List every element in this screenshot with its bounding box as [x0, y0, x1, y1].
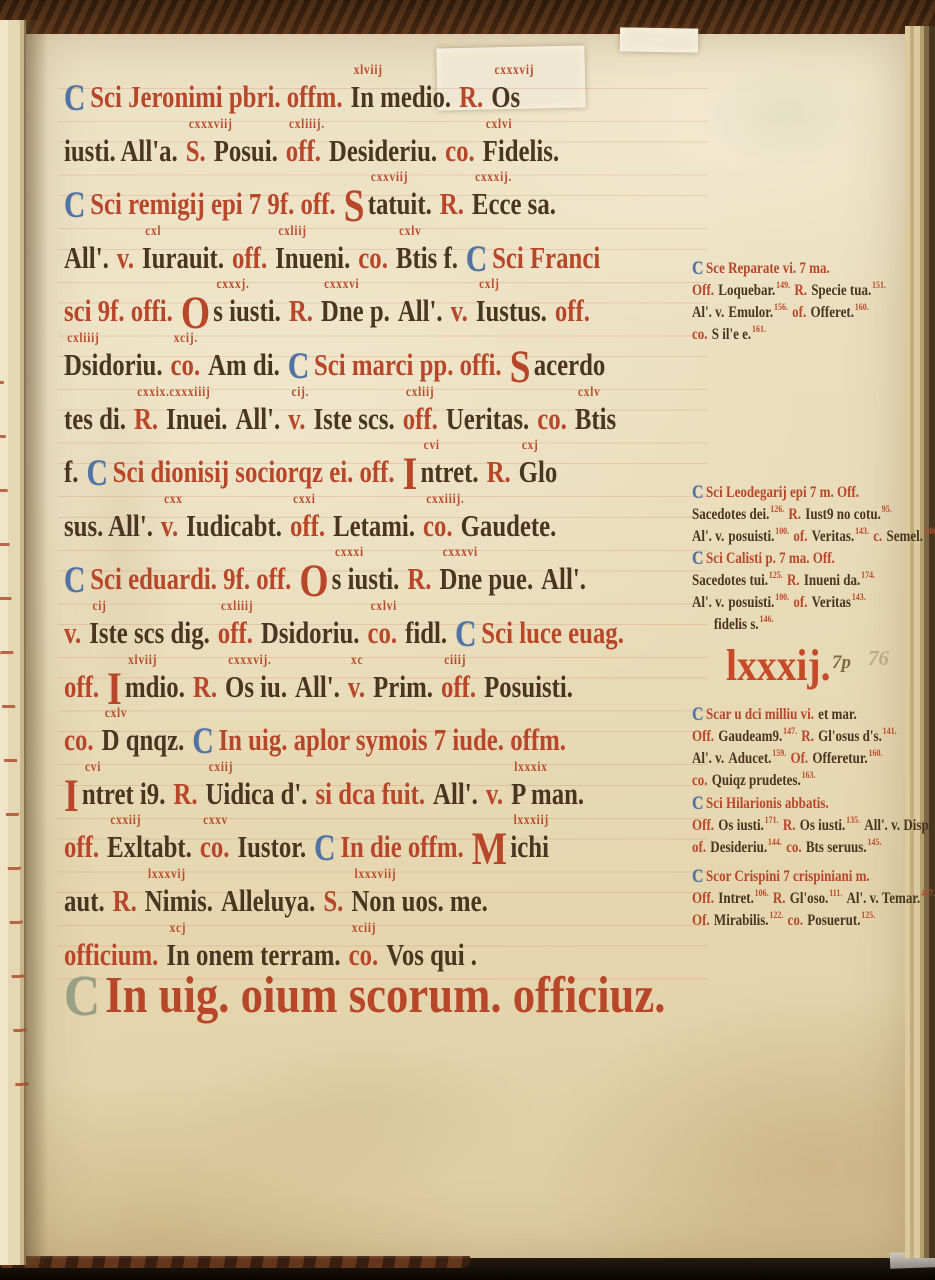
- text-line: CSci remigij epi 7 9f. off.Statuit.cxxvi…: [64, 187, 689, 223]
- text-token: v.cxx: [161, 509, 178, 543]
- text-token: R.: [173, 777, 197, 811]
- margin-note-line: CScar u dci milliu vi.et mar.: [692, 704, 902, 725]
- reference-number: cij: [92, 600, 106, 614]
- text-token: All'.: [235, 402, 280, 436]
- reference-number: 111.: [829, 889, 842, 899]
- text-token: P man.lxxxix: [511, 777, 584, 811]
- text-token: Os iu.cxxxvij.: [225, 670, 287, 704]
- reference-number: xcij.: [174, 332, 198, 346]
- text-token: Fidelis.cxlvi: [483, 134, 559, 168]
- reference-number: cxx: [164, 493, 183, 507]
- text-token: of.: [793, 526, 807, 547]
- text-token: Aducet.159.: [728, 747, 786, 769]
- rubric-heading-line: CIn uig. oium scorum. officiuz.: [64, 968, 773, 1024]
- reference-number: cxlv: [105, 707, 127, 721]
- reference-number: 163.: [802, 771, 816, 781]
- text-token: tatuit.cxxviij: [368, 187, 432, 221]
- text-token: Iustor.: [237, 830, 306, 864]
- reference-number: cxliij: [278, 225, 306, 239]
- text-token: Gaudeam9.147.: [718, 725, 797, 747]
- text-token: Exltabt.cxxiij: [107, 830, 192, 864]
- text-token: off.cxliiij.: [286, 134, 321, 168]
- reference-number: ciiij: [444, 654, 466, 668]
- text-token: Sci dionisij sociorqz ei. off.: [113, 455, 395, 489]
- margin-note-line: Al'. v.Aducet.159.Of.Offeretur.160.: [692, 747, 902, 769]
- text-token: Al'. v.: [692, 592, 724, 613]
- text-token: off.: [64, 670, 99, 704]
- text-token: Sci luce euag.: [481, 616, 624, 650]
- text-line: Dsidoriu.cxliiijco.xcij.Am di.CSci marci…: [64, 348, 751, 384]
- text-token: Veritas143.: [812, 591, 866, 613]
- reference-number: 174.: [861, 571, 875, 581]
- text-token: fidelis s.146.: [714, 613, 774, 635]
- reference-number: 126.: [770, 505, 784, 515]
- reference-number: cxlv: [578, 386, 600, 400]
- reference-number: cxlvi: [486, 118, 512, 132]
- reference-number: cxxxij.: [475, 171, 512, 185]
- text-token: co.cxlvi: [367, 616, 397, 650]
- margin-note-line: CScor Crispini 7 crispiniani m.: [692, 866, 902, 887]
- text-token: Sci Leodegarij epi 7 m. Off.: [706, 482, 859, 503]
- text-token: ntret.cvi: [420, 455, 478, 489]
- reference-number: 146.: [760, 615, 774, 625]
- text-token: co.: [692, 770, 708, 791]
- text-token: Intret.106.: [718, 887, 768, 909]
- margin-note-line: Off.Loquebar.149.R.Specie tua.151.: [692, 279, 902, 301]
- text-token: All'.: [433, 777, 478, 811]
- paraph-mark: C: [86, 457, 107, 491]
- margin-note-line: Sacedotes tui.125.R.Inueni da.174.: [692, 569, 902, 591]
- reference-number: cxlvi: [371, 600, 397, 614]
- initial-letter: O: [299, 566, 328, 596]
- text-token: Specie tua.151.: [811, 279, 886, 301]
- text-token: Btis f.cxlv: [396, 241, 458, 275]
- text-token: Emulor.156.: [728, 301, 788, 323]
- reference-number: cxxiiij.: [426, 493, 464, 507]
- text-token: co.: [786, 837, 802, 858]
- margin-note-line: Sacedotes dei.126.R.Iust9 no cotu.95.: [692, 503, 902, 525]
- reference-number: lxxxix: [514, 761, 547, 775]
- text-token: co.: [788, 910, 804, 931]
- text-token: Sacedotes tui.125.: [692, 569, 783, 591]
- reference-number: xlviij: [354, 64, 383, 78]
- reference-number: cij.: [291, 386, 309, 400]
- text-token: v.: [117, 241, 134, 275]
- text-token: Oscxxxvij: [491, 80, 520, 114]
- text-token: Sci Calisti p. 7 ma. Off.: [706, 548, 835, 569]
- margin-note-line: of.Desideriu.144.co.Bts seruus.145.: [692, 836, 902, 858]
- text-token: off.: [232, 241, 267, 275]
- reference-number: 100.: [775, 593, 789, 603]
- text-line: CSci eduardi. 9f. off.Os iusti.cxxxiR.Dn…: [64, 562, 726, 598]
- paraph-mark: C: [692, 258, 704, 279]
- text-token: Scor Crispini 7 crispiniani m.: [706, 866, 870, 887]
- leather-binding-bottom: [0, 1256, 470, 1268]
- reference-number: xc: [351, 654, 363, 668]
- text-token: Scar u dci milliu vi.: [706, 704, 814, 725]
- text-token: Off.: [692, 726, 714, 747]
- text-token: Inueni da.174.: [804, 569, 875, 591]
- reference-number: 95.: [882, 505, 892, 515]
- text-token: In uig. oium scorum. officiuz.: [105, 968, 665, 1024]
- gutter-shadow: [26, 20, 48, 1265]
- text-token: Iust9 no cotu.95.: [805, 503, 891, 525]
- reference-number: cvi: [424, 439, 440, 453]
- text-token: off.ciiij: [441, 670, 476, 704]
- text-token: In uig. aplor symois 7 iude. offm.: [219, 723, 566, 757]
- text-token: Letami.: [333, 509, 415, 543]
- text-token: S.: [323, 884, 343, 918]
- text-token: R.: [289, 294, 313, 328]
- text-token: Iurauit.cxl: [142, 241, 224, 275]
- text-line: aut.R.Nimis.lxxxvijAlleluya.S.Non uos. m…: [64, 884, 604, 918]
- reference-number: cxj: [522, 439, 539, 453]
- reference-number: lxxxiij: [514, 814, 549, 828]
- text-token: Os iusti.171.: [718, 814, 778, 836]
- text-token: D qnqz.cxlv: [102, 723, 185, 757]
- text-token: All'.: [398, 294, 443, 328]
- text-token: of.: [792, 302, 806, 323]
- text-token: Veritas.143.: [812, 525, 869, 547]
- margin-note-line: Al'. v.posuisti.100.of.Veritas143.: [692, 591, 902, 613]
- text-token: Os iusti.135.: [800, 814, 860, 836]
- reference-number: cxxxvi: [443, 546, 478, 560]
- reference-number: lxxxviij: [355, 868, 397, 882]
- text-token: Quiqz prudetes.163.: [712, 769, 816, 791]
- margin-note-line: fidelis s.146.: [692, 613, 902, 635]
- text-line: All'.v.Iurauit.cxloff.Inueni.cxliijco.Bt…: [64, 241, 744, 277]
- text-token: Al'. v.: [692, 526, 724, 547]
- paraph-mark: C: [64, 189, 85, 223]
- paraph-mark: C: [64, 564, 85, 598]
- leather-binding-top: [0, 0, 935, 34]
- text-token: Off.: [692, 815, 714, 836]
- reference-number: cxxiij: [110, 814, 141, 828]
- initial-letter: O: [181, 298, 210, 328]
- text-token: of.: [793, 592, 807, 613]
- text-line: off.Imdio.xlviijR.Os iu.cxxxvij.All'.v.x…: [64, 670, 710, 704]
- text-token: co.: [445, 134, 475, 168]
- text-token: R.: [459, 80, 483, 114]
- reference-number: cxliiij: [67, 332, 99, 346]
- margin-note-line: Off.Os iusti.171.R.Os iusti.135.All'. v.…: [692, 814, 902, 836]
- reference-number: cxxxvij.: [228, 654, 271, 668]
- text-token: R.: [783, 815, 796, 836]
- margin-note-line: CSci Hilarionis abbatis.: [692, 793, 902, 814]
- initial-letter: S: [510, 352, 531, 382]
- text-token: Sacedotes dei.126.: [692, 503, 784, 525]
- text-line: v.Iste scs dig.cijoff.cxliiijDsidoriu.co…: [64, 616, 774, 652]
- text-line: CSci Jeronimi pbri. offm.In medio.xlviij…: [64, 80, 644, 116]
- text-token: off.: [64, 830, 99, 864]
- text-token: f.: [64, 455, 78, 489]
- text-token: R.: [787, 570, 800, 591]
- paraph-mark: C: [455, 618, 476, 652]
- reference-number: xlviij: [128, 654, 157, 668]
- reference-number: 160.: [855, 303, 869, 313]
- folio-number: lxxxij.: [726, 640, 830, 691]
- reference-number: 143.: [852, 593, 866, 603]
- text-token: R.: [113, 884, 137, 918]
- text-token: R.: [440, 187, 464, 221]
- text-token: aut.: [64, 884, 105, 918]
- text-token: Inuei.cxxxiiij: [166, 402, 227, 436]
- text-token: co.cxxv: [200, 830, 230, 864]
- text-token: off.cxxi: [290, 509, 325, 543]
- text-token: Offeretur.160.: [812, 747, 882, 769]
- margin-note: CSci Leodegarij epi 7 m. Off.Sacedotes d…: [692, 482, 935, 547]
- text-token: si dca fuit.: [316, 777, 426, 811]
- reference-number: 141.: [883, 727, 897, 737]
- text-token: Dne pue.cxxxvi: [439, 562, 533, 596]
- text-token: off.: [555, 294, 590, 328]
- paraph-mark: C: [64, 968, 100, 1024]
- paraph-mark: C: [314, 832, 335, 866]
- pencil-foliation: 76: [868, 646, 889, 671]
- reference-number: cxxv: [203, 814, 228, 828]
- reference-number: cxxi: [293, 493, 315, 507]
- text-token: Iudicabt.: [186, 509, 282, 543]
- text-token: off.cxliiij: [218, 616, 253, 650]
- text-token: v.: [451, 294, 468, 328]
- reference-number: 135.: [846, 816, 860, 826]
- reference-number: 143.: [855, 527, 869, 537]
- text-token: Bts seruus.145.: [806, 836, 882, 858]
- text-token: v.: [64, 616, 81, 650]
- reference-number: cxl: [145, 225, 161, 239]
- text-token: off.cxliij: [403, 402, 438, 436]
- text-token: s iusti.cxxxi: [332, 562, 400, 596]
- text-line: tes di.R.cxxix.Inuei.cxxxiiijAll'.v.cij.…: [64, 402, 764, 436]
- initial-letter: I: [403, 459, 418, 489]
- reference-number: 171.: [765, 816, 779, 826]
- text-token: Alleluya.: [221, 884, 315, 918]
- text-token: Inueni.cxliij: [275, 241, 350, 275]
- text-line: sus. All'.v.cxxIudicabt.off.cxxiLetami.c…: [64, 509, 689, 543]
- text-token: co.cxxiiij.: [423, 509, 453, 543]
- text-token: Ueritas.: [446, 402, 529, 436]
- reference-number: 100.: [775, 527, 789, 537]
- reference-number: 149.: [776, 281, 790, 291]
- text-token: v.cij.: [288, 402, 305, 436]
- text-token: Iste scs dig.cij: [89, 616, 210, 650]
- reference-number: 161.: [752, 325, 766, 335]
- text-token: mdio.xlviij: [125, 670, 185, 704]
- text-token: Loquebar.149.: [718, 279, 790, 301]
- text-token: Of.: [790, 748, 808, 769]
- text-token: posuisti.100.: [728, 591, 789, 613]
- text-token: posuisti.100.: [728, 525, 789, 547]
- text-token: All'.: [295, 670, 340, 704]
- text-token: co.: [64, 723, 94, 757]
- text-token: Gl'osus d's.141.: [818, 725, 896, 747]
- paraph-mark: C: [692, 704, 704, 725]
- text-token: acerdo: [534, 348, 606, 382]
- reference-number: cxliiij.: [289, 118, 325, 132]
- text-token: co.xcij.: [171, 348, 201, 382]
- text-token: Semel.146.: [886, 525, 935, 547]
- text-token: Iustus.cxlj: [476, 294, 547, 328]
- text-token: All'.: [64, 241, 109, 275]
- paraph-mark: C: [692, 482, 704, 503]
- paraph-mark: C: [466, 243, 487, 277]
- reference-number: 147.: [783, 727, 797, 737]
- text-token: Of.: [692, 910, 710, 931]
- reference-number: cxlj: [479, 278, 500, 292]
- text-token: sus. All'.: [64, 509, 153, 543]
- text-token: Sci Hilarionis abbatis.: [706, 793, 829, 814]
- reference-number: 151.: [872, 281, 886, 291]
- text-token: In die offm.: [340, 830, 463, 864]
- manuscript-photo: CSci Jeronimi pbri. offm.In medio.xlviij…: [0, 0, 935, 1280]
- text-token: Posui.: [214, 134, 278, 168]
- text-line: Intret i9.cviR.Uidica d'.cxiijsi dca fui…: [64, 777, 724, 811]
- text-token: Glocxj: [519, 455, 558, 489]
- text-token: Off.: [692, 280, 714, 301]
- text-token: R.: [794, 280, 807, 301]
- margin-note: CScar u dci milliu vi.et mar.Off.Gaudeam…: [692, 704, 935, 791]
- text-token: R.cxxix.: [134, 402, 158, 436]
- text-token: Sci Franci: [492, 241, 600, 275]
- text-token: All'. v. Dispo.142.: [864, 814, 935, 836]
- text-token: Gaudete.: [461, 509, 557, 543]
- text-token: All'.: [541, 562, 586, 596]
- reference-number: xciij: [352, 922, 377, 936]
- text-token: Al'. v. Temar.417.: [847, 887, 935, 909]
- old-ink-foliation-mark: 7p: [832, 652, 851, 674]
- reference-number: 122.: [769, 911, 783, 921]
- text-token: Desideriu.: [329, 134, 437, 168]
- reference-number: cxxxvi: [324, 278, 359, 292]
- text-token: R.: [788, 504, 801, 525]
- initial-letter: I: [107, 674, 122, 704]
- initial-letter: M: [472, 834, 508, 864]
- margin-note: CSci Calisti p. 7 ma. Off.Sacedotes tui.…: [692, 548, 935, 635]
- reference-number: 146.: [924, 527, 935, 537]
- margin-note-line: Off.Intret.106.R.Gl'oso.111.Al'. v. Tema…: [692, 887, 902, 909]
- margin-note-line: CSci Leodegarij epi 7 m. Off.: [692, 482, 902, 503]
- reference-number: cxliij: [406, 386, 434, 400]
- text-token: Mirabilis.122.: [714, 909, 783, 931]
- margin-note-line: Al'. v.Emulor.156.of.Offeret.160.: [692, 301, 902, 323]
- text-token: Sci Jeronimi pbri. offm.: [90, 80, 342, 114]
- margin-note-line: co.S il'e e.161.: [692, 323, 902, 345]
- reference-number: xcj: [170, 922, 187, 936]
- margin-note-line: Al'. v.posuisti.100.of.Veritas.143.c.Sem…: [692, 525, 902, 547]
- reference-number: 144.: [768, 838, 782, 848]
- text-token: s iusti.cxxxj.: [213, 294, 281, 328]
- text-token: c.: [873, 526, 882, 547]
- text-token: tes di.: [64, 402, 126, 436]
- text-token: R.: [773, 888, 786, 909]
- reference-number: 159.: [772, 749, 786, 759]
- text-token: Uidica d'.cxiij: [206, 777, 308, 811]
- text-token: v.: [486, 777, 503, 811]
- text-token: Desideriu.144.: [710, 836, 782, 858]
- text-token: Btiscxlv: [575, 402, 616, 436]
- text-token: Gl'oso.111.: [790, 887, 843, 909]
- text-token: Iste scs.: [313, 402, 394, 436]
- text-token: R.: [801, 726, 814, 747]
- text-line: co.D qnqz.cxlvCIn uig. aplor symois 7 iu…: [64, 723, 701, 759]
- text-token: In medio.xlviij: [351, 80, 452, 114]
- margin-note-line: Off.Gaudeam9.147.R.Gl'osus d's.141.: [692, 725, 902, 747]
- text-token: co.: [358, 241, 388, 275]
- text-line: iusti. All'a.S.cxxxviijPosui.off.cxliiij…: [64, 134, 693, 168]
- text-token: Am di.: [208, 348, 280, 382]
- text-token: Dsidoriu.: [261, 616, 360, 650]
- text-token: co.: [692, 324, 708, 345]
- reference-number: cxxxj.: [216, 278, 249, 292]
- reference-number: cxxxi: [335, 546, 364, 560]
- text-token: Offeret.160.: [810, 301, 868, 323]
- reference-number: cxxix.: [137, 386, 169, 400]
- margin-note: CSce Reparate vi. 7 ma.Off.Loquebar.149.…: [692, 258, 935, 345]
- stacked-page-edges: [905, 26, 935, 1258]
- paraph-mark: C: [64, 82, 85, 116]
- text-token: iusti. All'a.: [64, 134, 178, 168]
- paraph-mark: C: [288, 350, 309, 384]
- reference-number: cxlv: [399, 225, 421, 239]
- reference-number: 106.: [755, 889, 769, 899]
- text-token: Sci remigij epi 7 9f. off.: [90, 187, 335, 221]
- margin-note-line: Of.Mirabilis.122.co.Posuerut.125.: [692, 909, 902, 931]
- text-token: Sci marci pp. offi.: [314, 348, 502, 382]
- reference-number: 156.: [774, 303, 788, 313]
- text-token: co.: [537, 402, 567, 436]
- margin-note-line: co.Quiqz prudetes.163.: [692, 769, 902, 791]
- reference-number: 417.: [921, 889, 935, 899]
- reference-number: lxxxvij: [148, 868, 186, 882]
- margin-note: CScor Crispini 7 crispiniani m.Off.Intre…: [692, 866, 935, 931]
- text-token: sci 9f. offi.: [64, 294, 173, 328]
- reference-number: cvi: [85, 761, 101, 775]
- paraph-mark: C: [692, 793, 704, 814]
- reference-number: cxxxiiij: [169, 386, 210, 400]
- text-token: Posuisti.: [484, 670, 573, 704]
- text-line: f.CSci dionisij sociorqz ei. off.Intret.…: [64, 455, 691, 491]
- text-token: et mar.: [818, 704, 857, 725]
- margin-note-line: CSce Reparate vi. 7 ma.: [692, 258, 902, 279]
- text-token: Al'. v.: [692, 302, 724, 323]
- text-token: S.cxxxviij: [186, 134, 206, 168]
- text-token: Sci eduardi. 9f. off.: [90, 562, 291, 596]
- text-token: Ecce sa.cxxxij.: [472, 187, 556, 221]
- paraph-mark: C: [692, 866, 704, 887]
- text-token: R.: [407, 562, 431, 596]
- text-token: of.: [692, 837, 706, 858]
- text-token: R.: [487, 455, 511, 489]
- text-token: R.: [193, 670, 217, 704]
- paraph-mark: C: [192, 725, 213, 759]
- reference-number: 125.: [861, 911, 875, 921]
- reference-number: cxliiij: [221, 600, 253, 614]
- initial-letter: S: [344, 191, 365, 221]
- text-token: Prim.: [373, 670, 433, 704]
- margin-note: CSci Hilarionis abbatis.Off.Os iusti.171…: [692, 793, 935, 858]
- reference-number: 125.: [769, 571, 783, 581]
- text-token: Al'. v.: [692, 748, 724, 769]
- text-token: v.xc: [348, 670, 365, 704]
- text-token: Sce Reparate vi. 7 ma.: [706, 258, 830, 279]
- reference-number: cxxviij: [371, 171, 408, 185]
- reference-number: cxxxvij: [494, 64, 534, 78]
- initial-letter: I: [64, 781, 79, 811]
- reference-number: cxiij: [209, 761, 234, 775]
- text-token: ntret i9.cvi: [82, 777, 166, 811]
- repair-patch: [620, 27, 698, 52]
- text-token: S il'e e.161.: [712, 323, 766, 345]
